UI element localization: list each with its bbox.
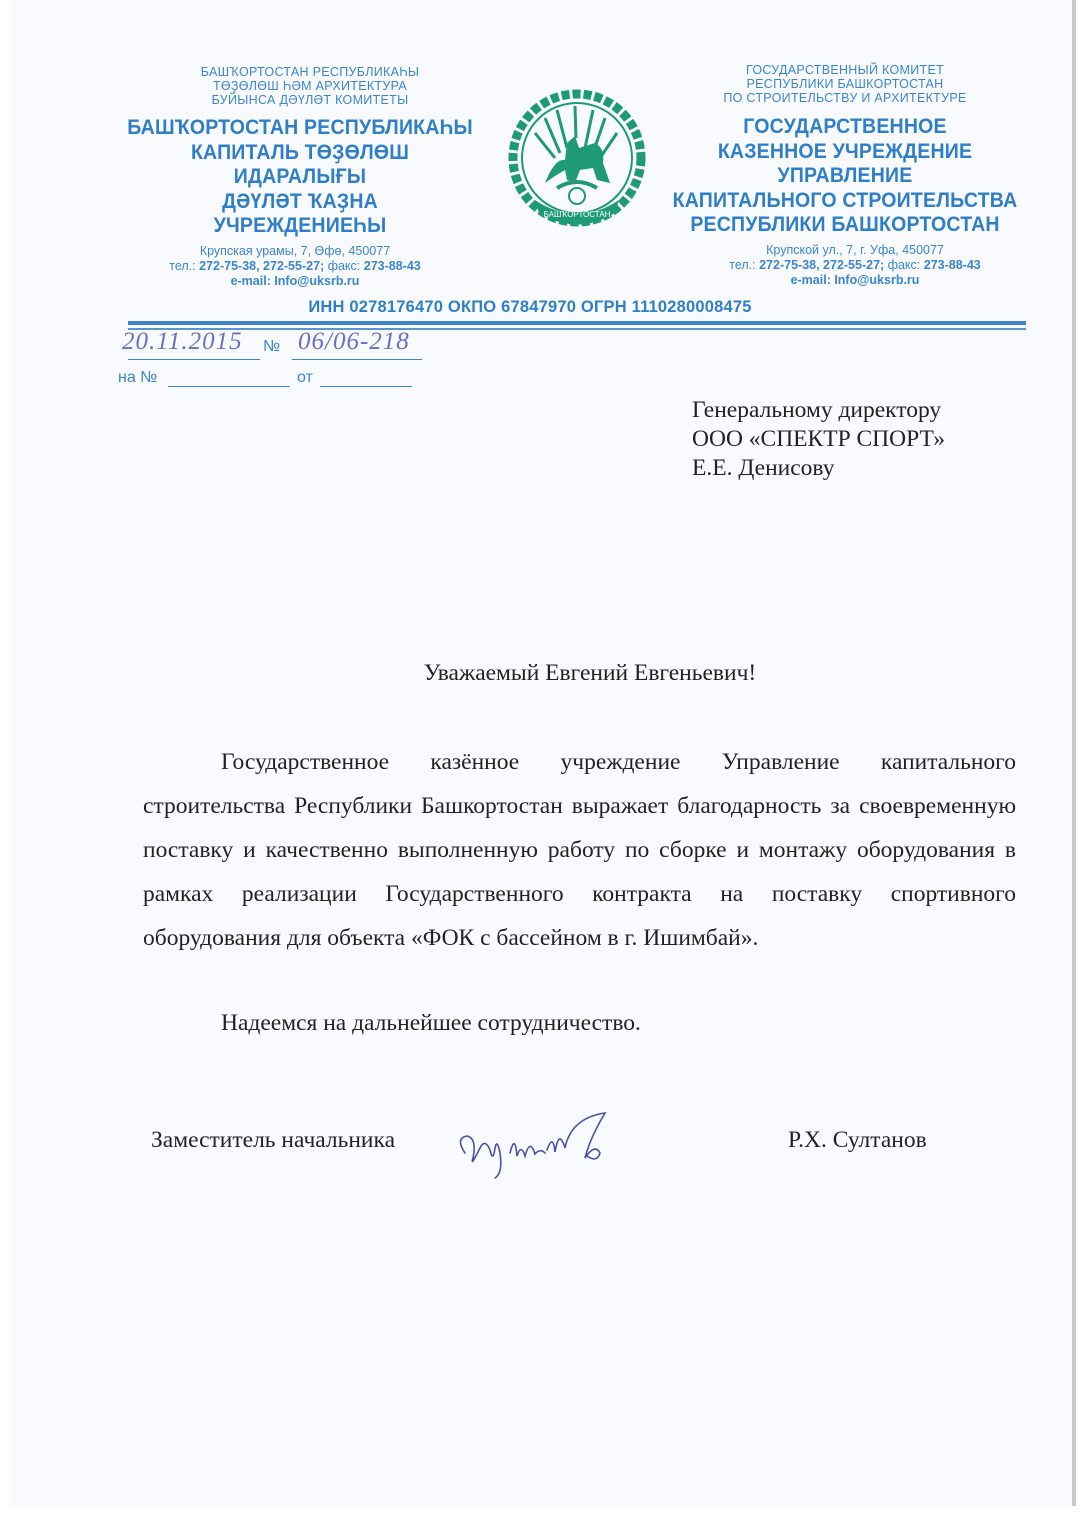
addressee-company: ООО «СПЕКТР СПОРТ» [692, 425, 945, 454]
right-org-line-4: КАПИТАЛЬНОГО СТРОИТЕЛЬСТВА [664, 189, 1027, 214]
left-committee-line-2: ТӨҘӨЛӨШ ҺӘМ АРХИТЕКТУРА [110, 79, 510, 93]
left-committee-line-3: БУЙЫНСА ДӘҮЛӘТ КОМИТЕТЫ [110, 93, 510, 107]
letter-page: БАШҠОРТОСТАН РЕСПУБЛИКАҺЫ ТӨҘӨЛӨШ ҺӘМ АР… [10, 0, 1076, 1506]
right-contact-block: Крупской ул., 7, г. Уфа, 450077 тел.: 27… [665, 243, 1045, 288]
header-divider-thin [128, 328, 1026, 330]
addressee-block: Генеральному директору ООО «СПЕКТР СПОРТ… [692, 396, 945, 483]
outgoing-date: 20.11.2015 [122, 328, 243, 356]
left-phone-line: тел.: 272-75-38, 272-55-27; факс: 273-88… [105, 259, 485, 274]
left-phones: 272-75-38, 272-55-27; [199, 259, 324, 273]
signatory-name: Р.Х. Султанов [788, 1127, 927, 1154]
header-divider-thick [128, 321, 1026, 325]
date-underline [128, 359, 260, 360]
registration-ids: ИНН 0278176470 ОКПО 67847970 ОГРН 111028… [120, 298, 940, 317]
right-organization-name: ГОСУДАРСТВЕННОЕ КАЗЕННОЕ УЧРЕЖДЕНИЕ УПРА… [664, 115, 1027, 238]
addressee-name: Е.Е. Денисову [692, 454, 945, 483]
left-org-line-1: БАШҠОРТОСТАН РЕСПУБЛИКАҺЫ [114, 116, 486, 141]
left-committee-name: БАШҠОРТОСТАН РЕСПУБЛИКАҺЫ ТӨҘӨЛӨШ ҺӘМ АР… [110, 65, 510, 107]
salutation: Уважаемый Евгений Евгеньевич! [10, 660, 1080, 687]
reply-number-blank [168, 386, 290, 387]
left-email[interactable]: e-mail: Info@uksrb.ru [105, 274, 485, 289]
bashkortostan-coat-of-arms-icon: БАШҠОРТОСТАН [505, 88, 650, 233]
right-email[interactable]: e-mail: Info@uksrb.ru [665, 273, 1045, 288]
left-org-line-4: ДӘҮЛӘТ ҠАҘНА [114, 190, 486, 215]
outgoing-number: 06/06-218 [298, 328, 410, 356]
right-committee-name: ГОСУДАРСТВЕННЫЙ КОМИТЕТ РЕСПУБЛИКИ БАШКО… [650, 63, 1040, 105]
right-org-line-3: УПРАВЛЕНИЕ [664, 164, 1027, 189]
left-committee-line-1: БАШҠОРТОСТАН РЕСПУБЛИКАҺЫ [110, 65, 510, 79]
svg-text:БАШҠОРТОСТАН: БАШҠОРТОСТАН [544, 210, 611, 219]
left-organization-name: БАШҠОРТОСТАН РЕСПУБЛИКАҺЫ КАПИТАЛЬ ТӨҘӨЛ… [114, 116, 486, 239]
right-committee-line-3: ПО СТРОИТЕЛЬСТВУ И АРХИТЕКТУРЕ [650, 91, 1040, 105]
reply-date-label: от [297, 369, 313, 387]
number-label: № [263, 338, 280, 356]
left-org-line-3: ИДАРАЛЫҒЫ [114, 165, 486, 190]
left-org-line-2: КАПИТАЛЬ ТӨҘӨЛӨШ [114, 141, 486, 166]
handwritten-signature-icon [455, 1108, 625, 1183]
left-address: Крупская урамы, 7, Өфө, 450077 [105, 244, 485, 259]
left-org-line-5: УЧРЕЖДЕНИЕҺЫ [114, 214, 486, 239]
reply-date-blank [320, 386, 412, 387]
signatory-title: Заместитель начальника [151, 1127, 395, 1154]
right-org-line-2: КАЗЕННОЕ УЧРЕЖДЕНИЕ [664, 140, 1027, 165]
closing-line: Надеемся на дальнейшее сотрудничество. [221, 1010, 641, 1037]
right-org-line-1: ГОСУДАРСТВЕННОЕ [664, 115, 1027, 140]
right-committee-line-2: РЕСПУБЛИКИ БАШКОРТОСТАН [650, 77, 1040, 91]
left-fax: 273-88-43 [364, 259, 421, 273]
right-committee-line-1: ГОСУДАРСТВЕННЫЙ КОМИТЕТ [650, 63, 1040, 77]
addressee-position: Генеральному директору [692, 396, 945, 425]
right-fax: 273-88-43 [924, 258, 981, 272]
reply-number-label: на № [118, 369, 157, 387]
letter-body: Государственное казённое учреждение Упра… [143, 740, 1016, 960]
right-phones: 272-75-38, 272-55-27; [759, 258, 884, 272]
left-contact-block: Крупская урамы, 7, Өфө, 450077 тел.: 272… [105, 244, 485, 289]
right-phone-line: тел.: 272-75-38, 272-55-27; факс: 273-88… [665, 258, 1045, 273]
right-address: Крупской ул., 7, г. Уфа, 450077 [665, 243, 1045, 258]
right-org-line-5: РЕСПУБЛИКИ БАШКОРТОСТАН [664, 213, 1027, 238]
number-underline [292, 359, 422, 360]
